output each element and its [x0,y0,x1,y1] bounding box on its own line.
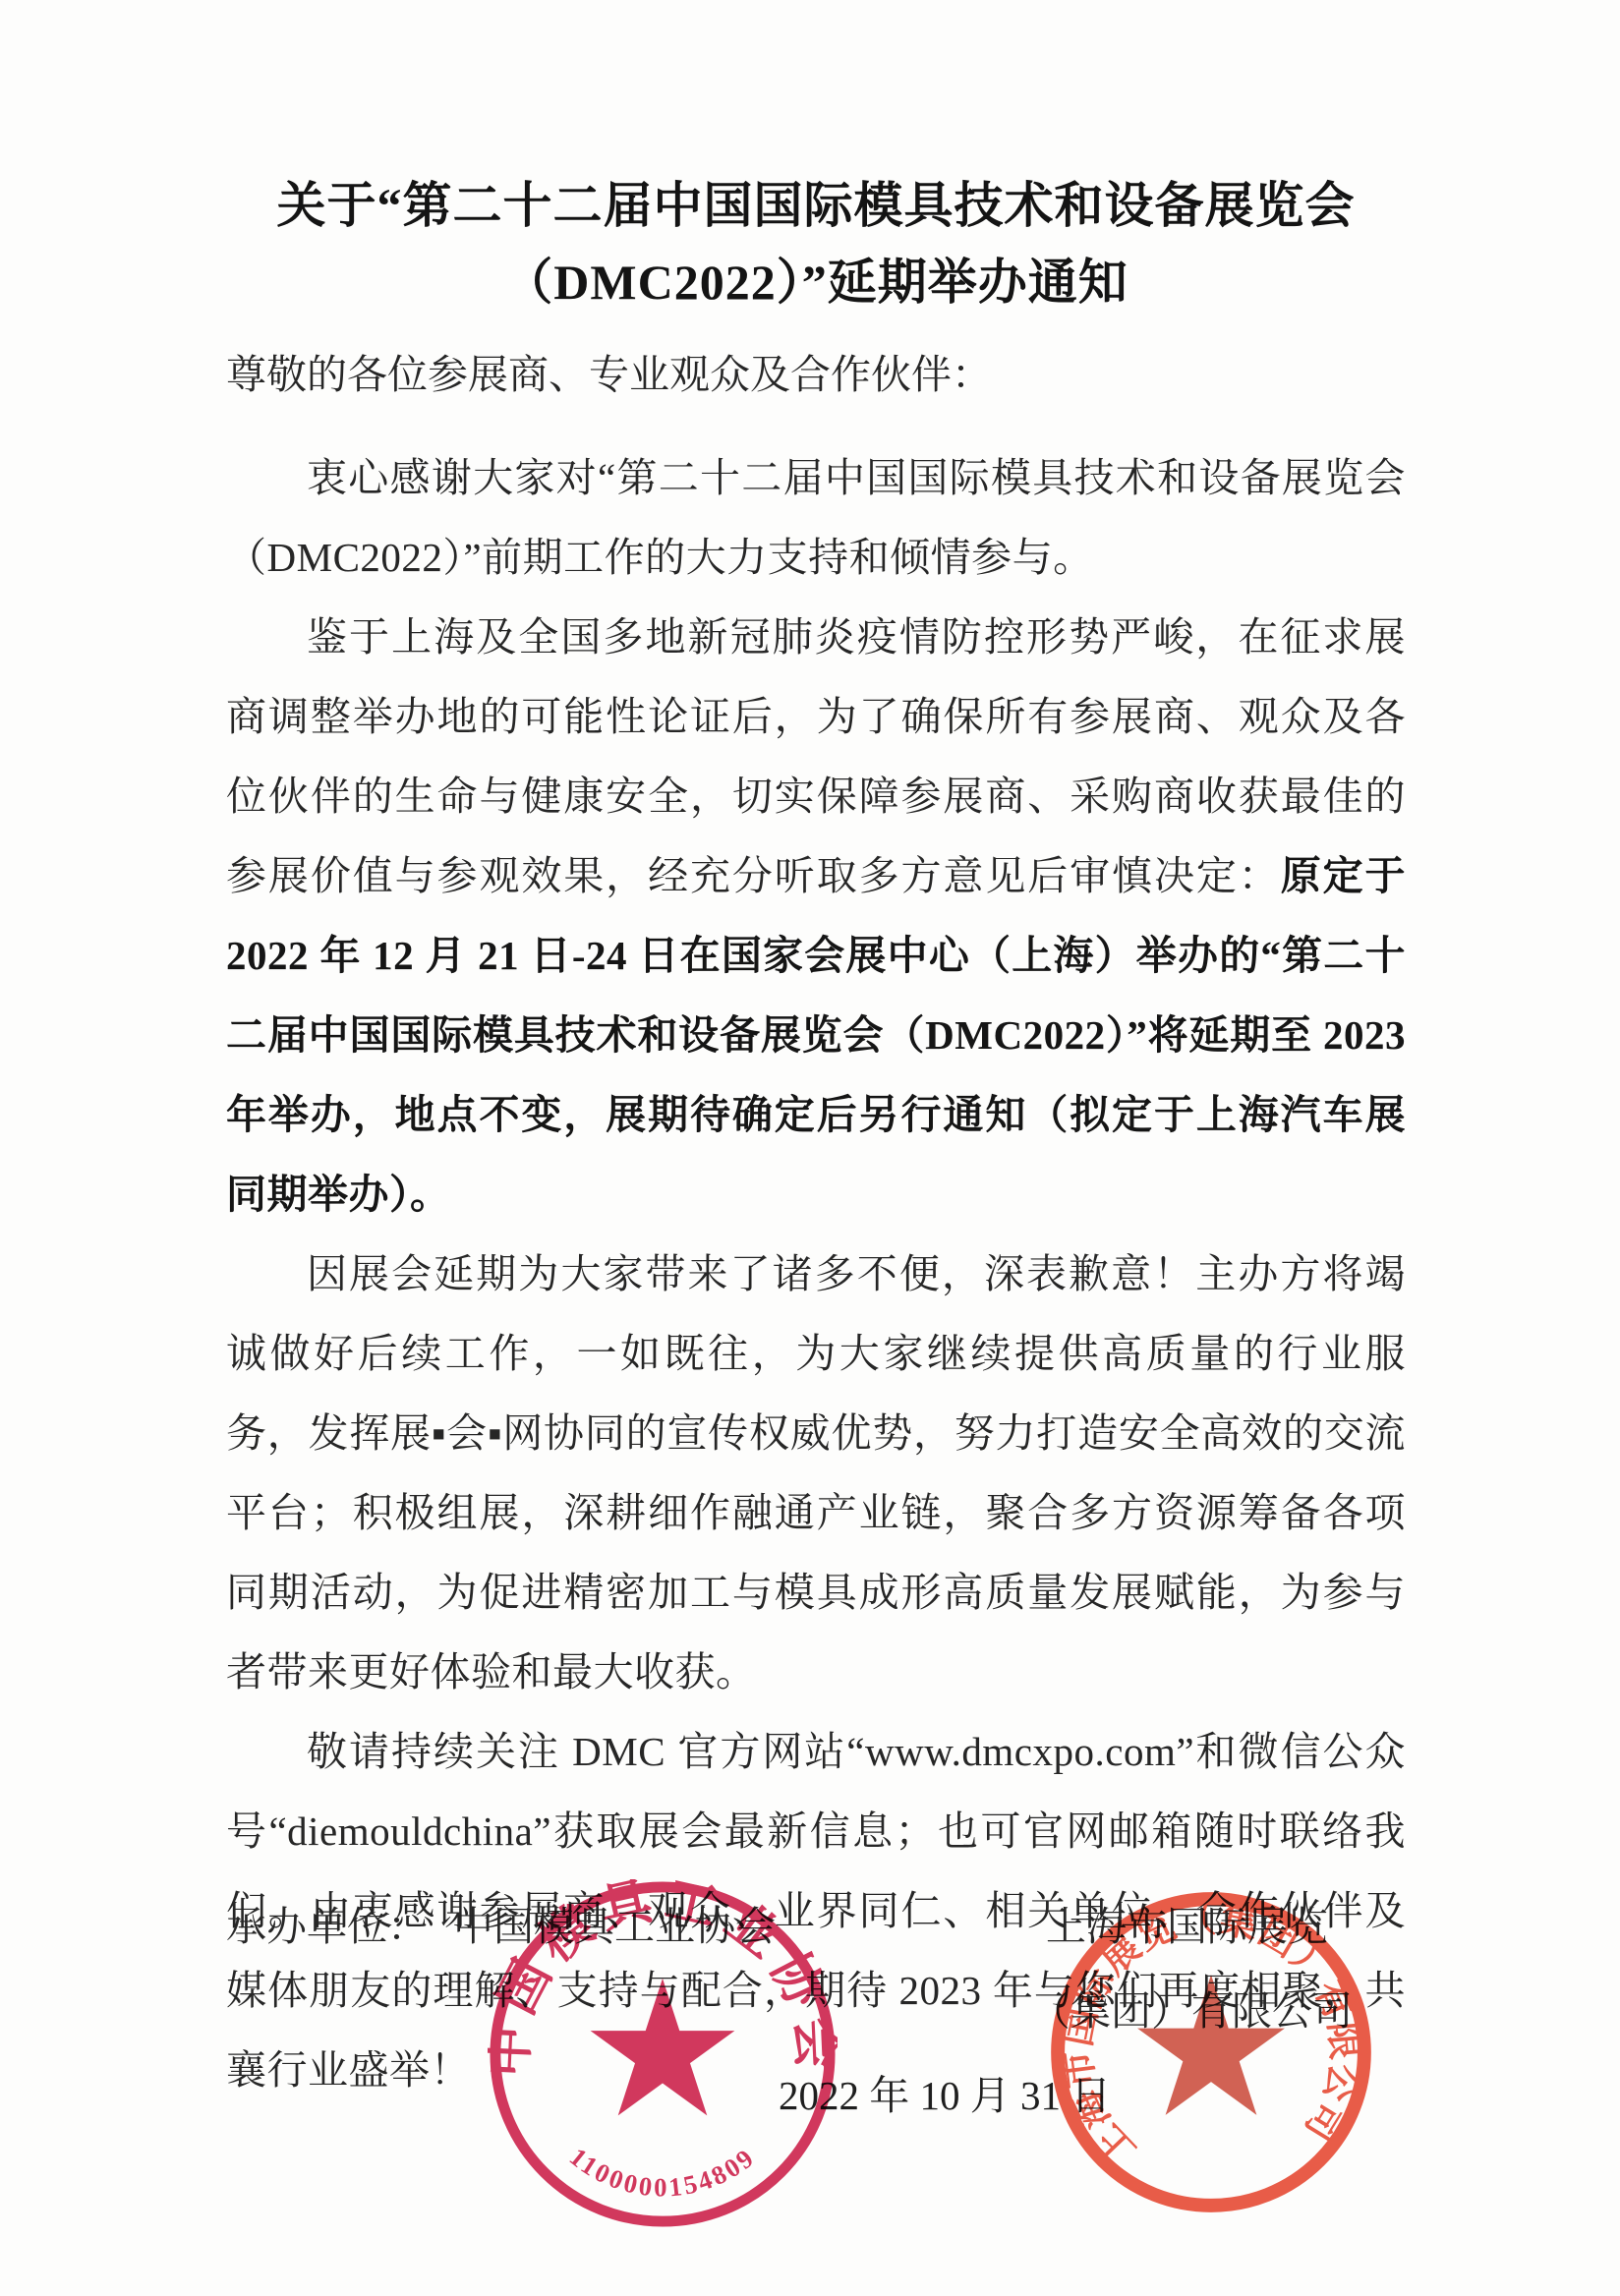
decision-normal-text: 鉴于上海及全国多地新冠肺炎疫情防控形势严峻，在征求展商调整举办地的可能性论证后，… [226,614,1406,898]
organizer-label: 承办单位： [226,1901,428,1952]
company-seal-stamp: 上海市国际展览（集团）有限公司 [1047,1888,1375,2216]
paragraph-decision: 鉴于上海及全国多地新冠肺炎疫情防控形势严峻，在征求展商调整举办地的可能性论证后，… [226,598,1406,1234]
title-line-2: （DMC2022）”延期举办通知 [226,244,1406,320]
decision-bold-text: 原定于 2022 年 12 月 21 日-24 日在国家会展中心（上海）举办的“… [226,853,1406,1217]
seal-serial-number: 1100000154809 [564,2142,761,2202]
star-icon [1137,1975,1285,2115]
star-icon [591,1979,735,2116]
paragraph-apology: 因展会延期为大家带来了诸多不便，深表歉意！主办方将竭诚做好后续工作，一如既往，为… [226,1234,1406,1712]
document-title: 关于“第二十二届中国国际模具技术和设备展览会 （DMC2022）”延期举办通知 [226,167,1406,320]
association-seal-stamp: 中国模具工业协会 1100000154809 [488,1879,838,2229]
salutation: 尊敬的各位参展商、专业观众及合作伙伴： [226,346,1406,403]
paragraph-thanks: 衷心感谢大家对“第二十二届中国国际模具技术和设备展览会（DMC2022）”前期工… [226,438,1406,598]
title-line-1: 关于“第二十二届中国国际模具技术和设备展览会 [226,167,1406,244]
notice-page: 关于“第二十二届中国国际模具技术和设备展览会 （DMC2022）”延期举办通知 … [0,0,1620,2296]
notice-body: 关于“第二十二届中国国际模具技术和设备展览会 （DMC2022）”延期举办通知 … [226,167,1406,2110]
